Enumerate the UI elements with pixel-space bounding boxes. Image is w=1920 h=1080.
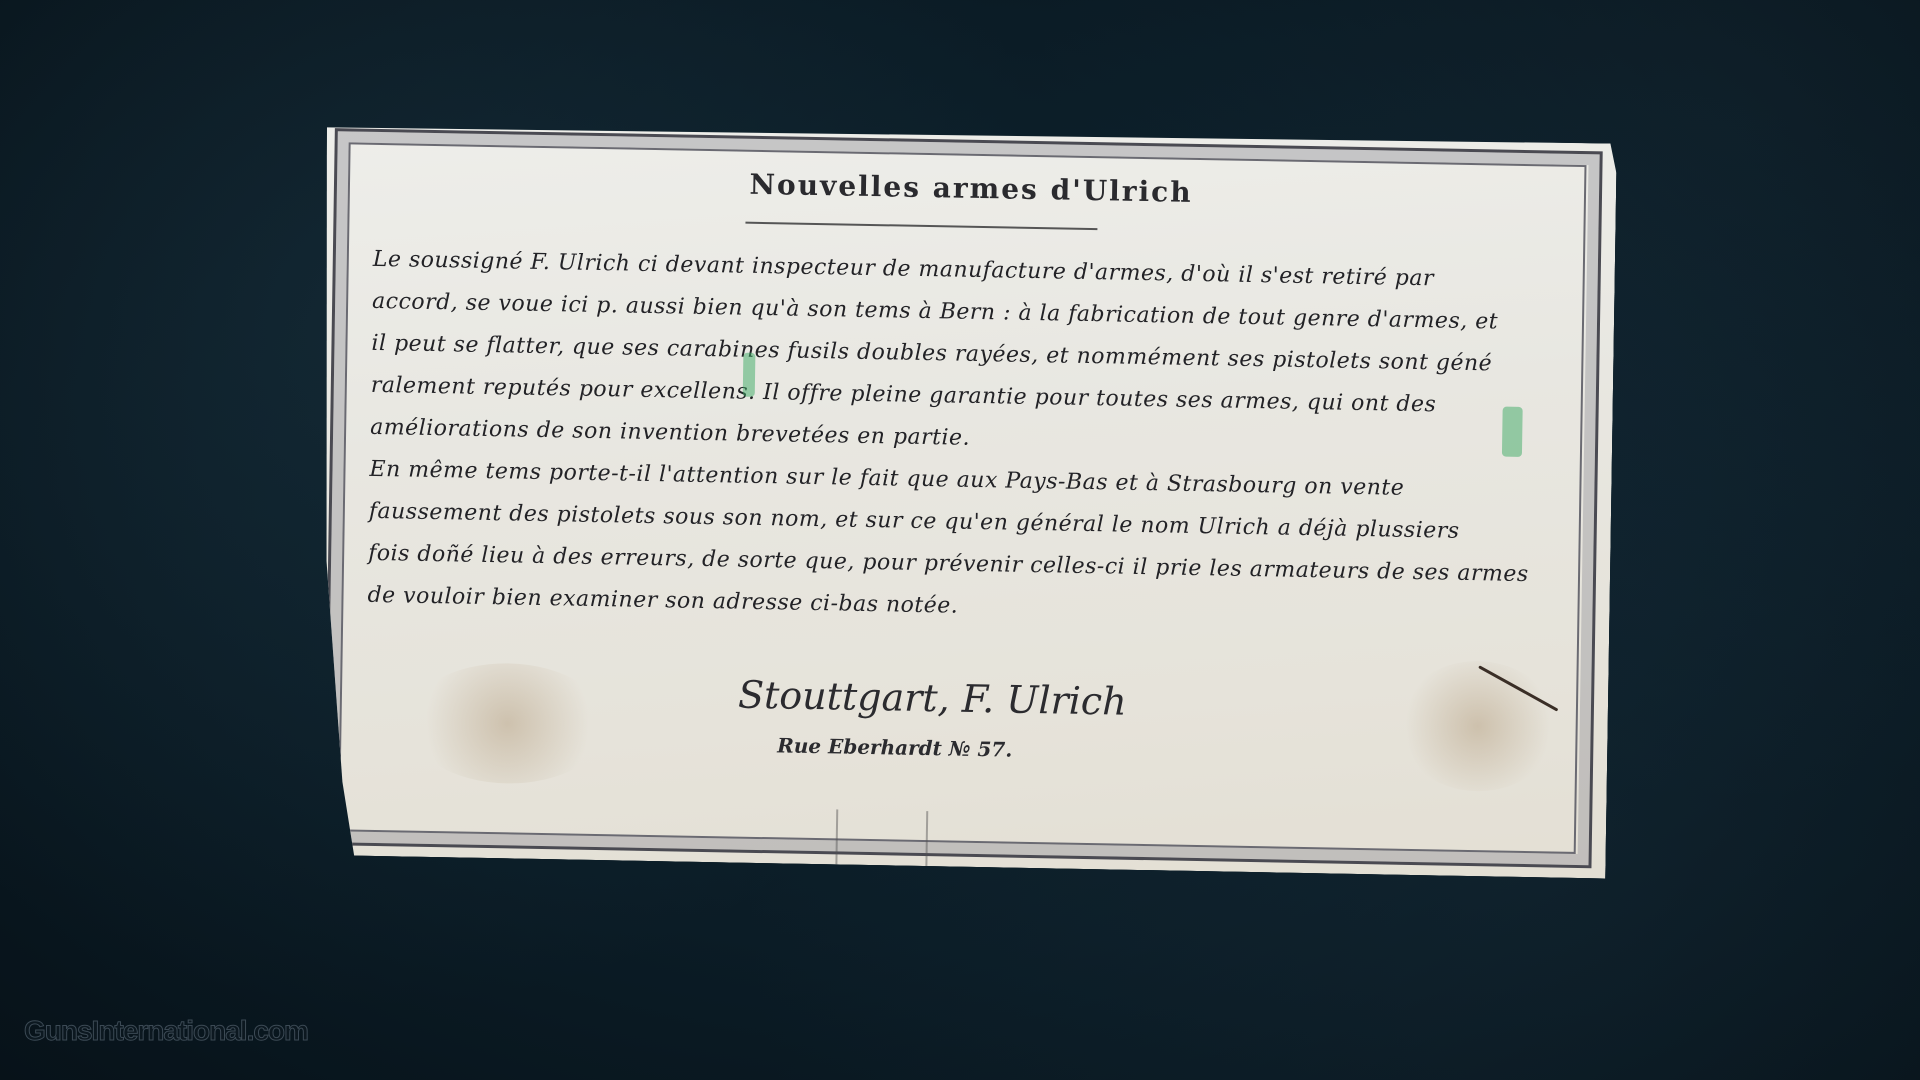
- green-ink-mark: [743, 353, 756, 397]
- address: Rue Eberhardt № 57.: [777, 733, 1012, 761]
- watermark-text: GunsInternational.com: [24, 1015, 308, 1047]
- document-body: Le soussigné F. Ulrich ci devant inspect…: [367, 239, 1575, 639]
- signature: Stouttgart, F. Ulrich: [738, 673, 1127, 724]
- green-ink-mark: [1502, 407, 1523, 457]
- document-paper: Nouvelles armes d'Ulrich Le soussigné F.…: [315, 120, 1616, 879]
- paper-crease: [835, 809, 838, 864]
